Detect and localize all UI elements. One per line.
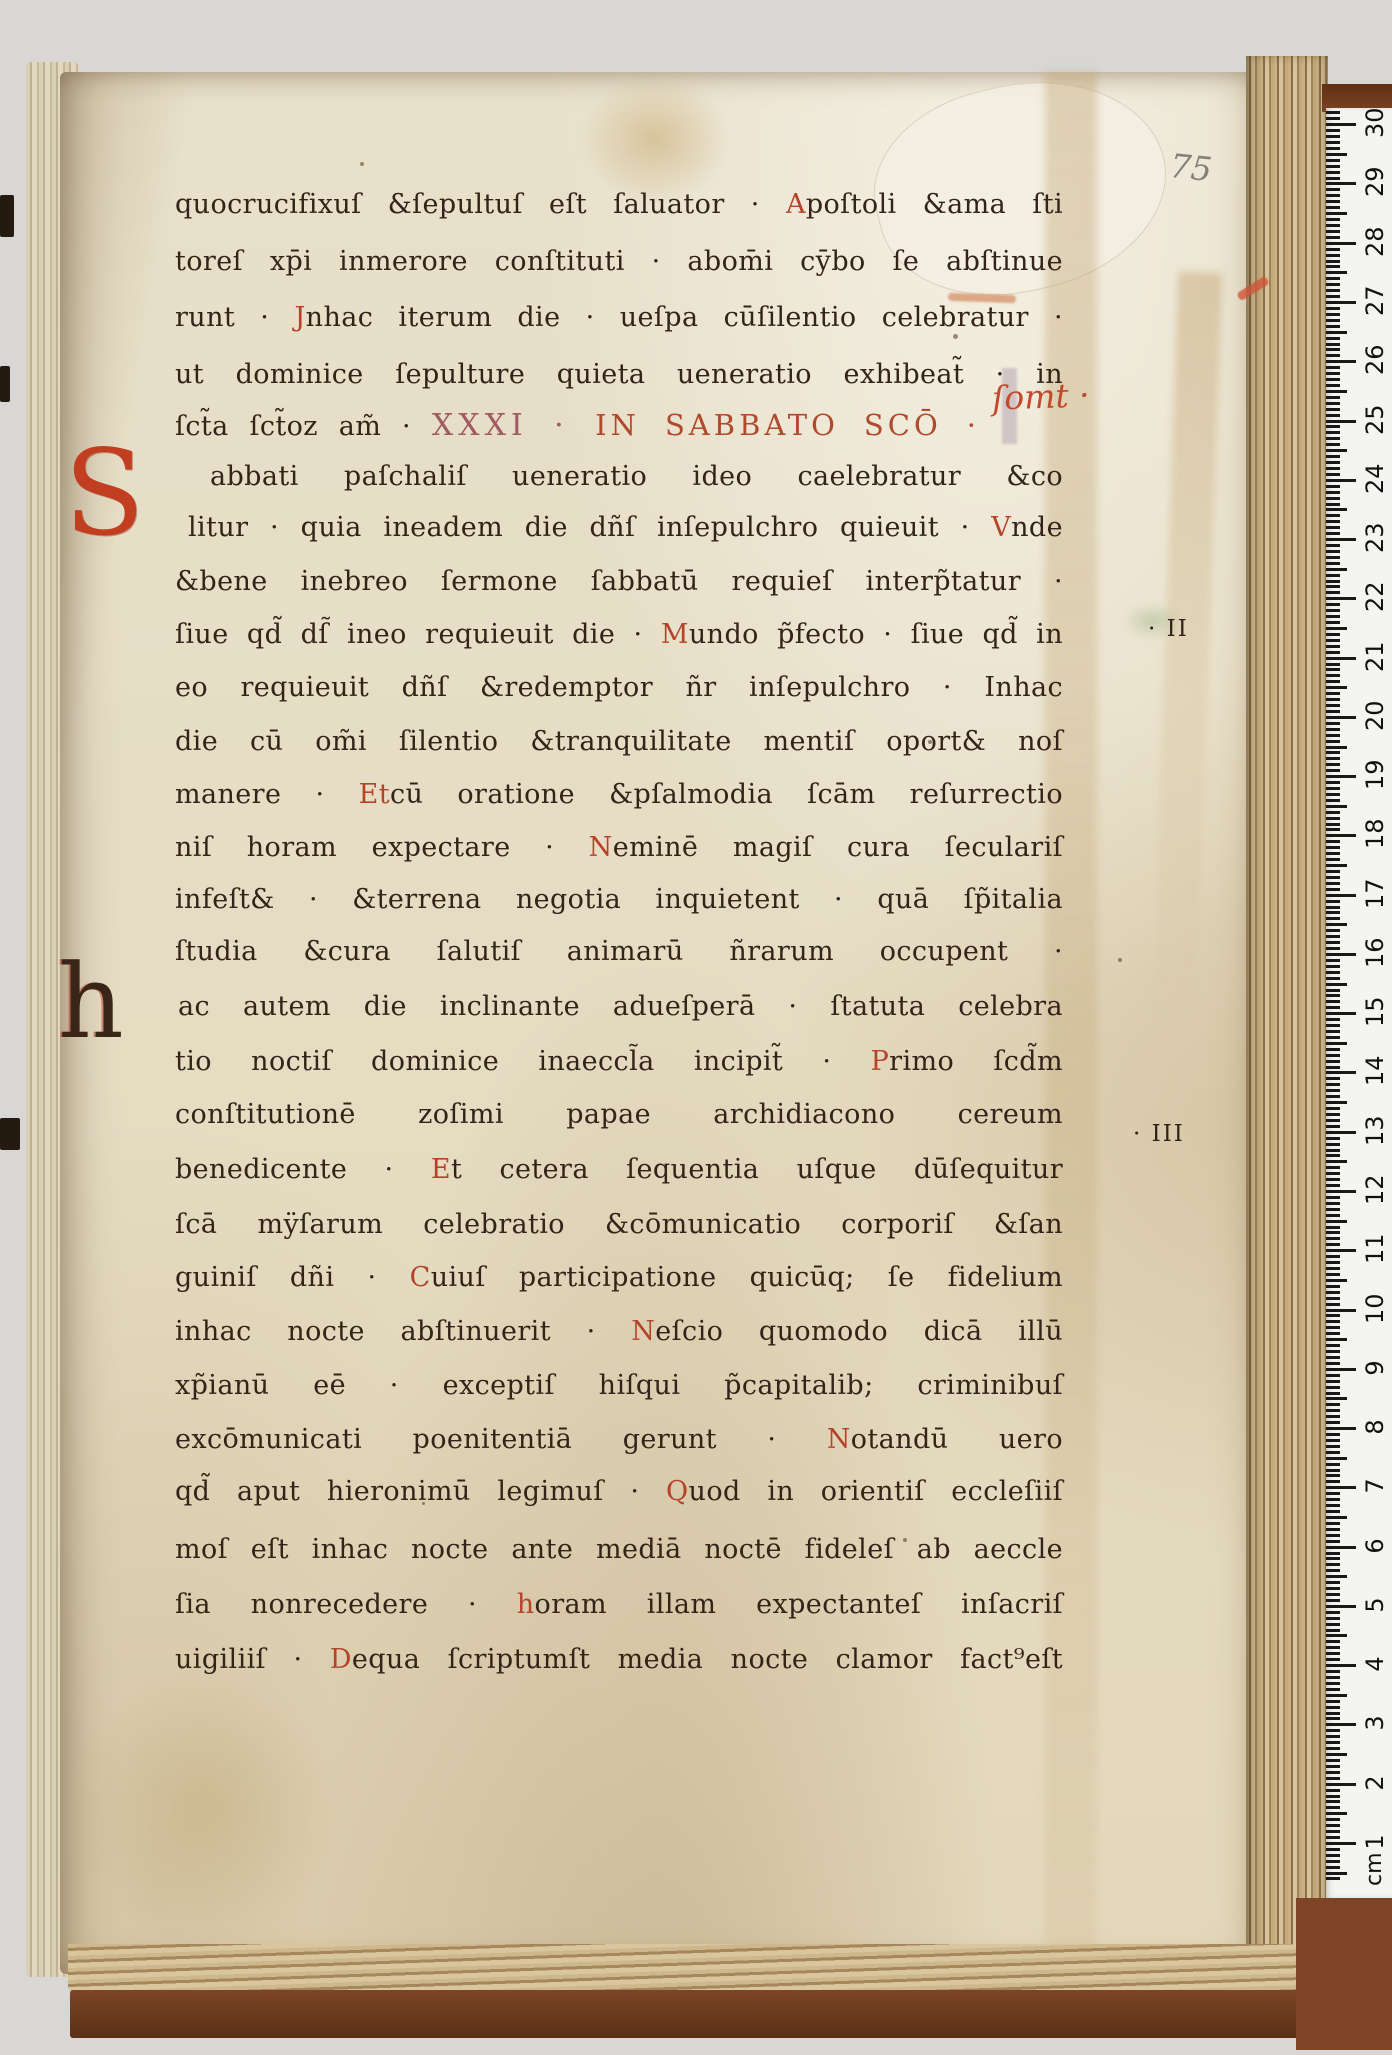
ruler-tick <box>1326 906 1340 909</box>
book-cover-corner <box>1296 1898 1392 2050</box>
ruler-tick <box>1326 1623 1340 1626</box>
ruler-tick <box>1326 580 1340 583</box>
ruler-tick <box>1326 876 1340 879</box>
ruler-tick <box>1326 135 1340 138</box>
ruler-tick <box>1326 283 1340 286</box>
ruler-tick <box>1326 1291 1340 1294</box>
text-segment: M <box>661 619 689 650</box>
rubric-heading: IN SABBATO SCŌ · <box>595 408 980 442</box>
ruler-tick <box>1326 828 1340 831</box>
ruler-tick <box>1326 645 1340 648</box>
folio-number: 75 <box>1168 146 1214 189</box>
ruler-tick <box>1326 1190 1356 1193</box>
ruler-tick <box>1326 1368 1356 1371</box>
ruler-tick <box>1326 1640 1340 1643</box>
text-segment: rimo ſcd̃m <box>889 1046 1063 1077</box>
ruler-tick <box>1326 1356 1340 1359</box>
text-segment: excōmunicati poenitentiā gerunt · <box>175 1424 827 1455</box>
ruler-tick <box>1326 1231 1340 1234</box>
text-segment: P <box>871 1046 890 1077</box>
manuscript-text-line: tio noctiſ dominice inaeccl̃a incipit̃ ·… <box>175 1043 1063 1083</box>
ruler-tick <box>1326 153 1347 156</box>
manuscript-text-line: moſ eſt inhac nocte ante mediā noctē fid… <box>175 1531 1063 1571</box>
ruler-tick <box>1326 1314 1340 1317</box>
text-segment: C <box>410 1262 431 1293</box>
ruler-number: 14 <box>1360 1056 1390 1086</box>
ruler-tick <box>1326 1741 1340 1744</box>
speck <box>928 740 932 744</box>
ruler-tick <box>1326 977 1340 980</box>
ruler-tick <box>1326 248 1340 251</box>
ruler-tick <box>1326 674 1340 677</box>
ruler-tick <box>1326 461 1340 464</box>
speck <box>422 1502 425 1505</box>
ruler-tick <box>1326 1125 1340 1128</box>
ruler-tick <box>1326 1658 1340 1661</box>
ruler-tick <box>1326 141 1340 144</box>
ruler-tick <box>1326 900 1340 903</box>
ruler-tick <box>1326 1303 1340 1306</box>
ruler-tick <box>1326 1771 1340 1774</box>
ruler-tick <box>1326 1285 1340 1288</box>
ruler-tick <box>1326 1717 1340 1720</box>
ruler-tick <box>1326 455 1340 458</box>
manuscript-text-line: quocrucifixuſ &ſepultuſ eſt ſaluator · A… <box>175 186 1063 226</box>
ruler-tick <box>1326 526 1340 529</box>
ruler-tick <box>1326 520 1340 523</box>
ruler-tick <box>1326 746 1347 749</box>
ruler-tick <box>1326 1842 1356 1845</box>
manuscript-text-line: uigiliiſ · Dequa ſcriptumſt media nocte … <box>175 1641 1063 1681</box>
ruler-tick <box>1326 722 1340 725</box>
ruler-tick <box>1326 1119 1340 1122</box>
ruler-tick <box>1326 301 1356 304</box>
ruler-tick <box>1326 1208 1340 1211</box>
ruler-tick <box>1326 585 1340 588</box>
ruler-tick <box>1326 556 1340 559</box>
ruler-tick <box>1326 343 1340 346</box>
manuscript-text-line: ſia nonrecedere · horam illam expectante… <box>175 1586 1063 1626</box>
ruler-tick <box>1326 1202 1340 1205</box>
ruler-tick <box>1326 686 1347 689</box>
ruler-number: 22 <box>1360 582 1390 612</box>
text-segment: uod in orientiſ eccleſiiſ <box>689 1476 1063 1507</box>
ruler-tick <box>1326 218 1340 221</box>
ruler-tick <box>1326 1498 1340 1501</box>
ruler-tick <box>1326 817 1340 820</box>
ruler-tick <box>1326 1374 1340 1377</box>
ruler-number: 3 <box>1360 1708 1390 1738</box>
rubric-margin-note: ſomt · <box>991 375 1090 417</box>
ruler-tick <box>1326 307 1340 310</box>
ruler-number: 18 <box>1360 819 1390 849</box>
ruler-tick <box>1326 941 1340 944</box>
ruler-number: 7 <box>1360 1471 1390 1501</box>
text-segment: ſiue qd̃ dſ̃ ineo requieuit die · <box>175 619 661 650</box>
text-segment: xp̃ianū eē · exceptiſ hiſqui p̃capitalib… <box>175 1370 1063 1401</box>
ruler-tick <box>1326 1557 1340 1560</box>
text-segment: poſtoli &ama ſti <box>806 189 1063 220</box>
text-block: quocrucifixuſ &ſepultuſ eſt ſaluator · A… <box>60 72 1252 1974</box>
ruler-tick <box>1326 1320 1340 1323</box>
measurement-ruler: 3029282726252423222120191817161514131211… <box>1326 108 1392 1898</box>
ruler-tick <box>1326 1297 1340 1300</box>
ruler-tick <box>1326 372 1340 375</box>
text-segment: benedicente · <box>175 1154 431 1185</box>
ruler-tick <box>1326 763 1340 766</box>
ruler-number: 2 <box>1360 1768 1390 1798</box>
ruler-tick <box>1326 354 1340 357</box>
manuscript-text-line: infeſt& · &terrena negotia inquietent · … <box>175 881 1063 921</box>
ruler-tick <box>1326 1196 1340 1199</box>
ruler-tick <box>1326 538 1356 541</box>
speck <box>953 334 958 339</box>
ruler-tick <box>1326 781 1340 784</box>
manuscript-text-line: &bene inebreo ſermone ſabbatū requieſ in… <box>175 563 1063 603</box>
ruler-tick <box>1326 1682 1340 1685</box>
ruler-tick <box>1326 657 1356 660</box>
ruler-tick <box>1326 1581 1340 1584</box>
manuscript-text-line: conſtitutionē zoſimi papae archidiacono … <box>175 1096 1063 1136</box>
text-segment: &bene inebreo ſermone ſabbatū requieſ in… <box>175 566 1063 597</box>
ruler-cm-label: cm <box>1362 1860 1388 1886</box>
ruler-tick <box>1326 1634 1347 1637</box>
ruler-tick <box>1326 864 1347 867</box>
manuscript-text-line: ut dominice ſepulture quieta ueneratio e… <box>175 356 1063 396</box>
ruler-tick <box>1326 633 1340 636</box>
text-segment: h <box>517 1589 535 1620</box>
text-segment: conſtitutionē zoſimi papae archidiacono … <box>175 1099 1063 1130</box>
ruler-tick <box>1326 894 1356 897</box>
ruler-tick <box>1326 1166 1340 1169</box>
ruler-tick <box>1326 1427 1356 1430</box>
ruler-tick <box>1326 111 1340 114</box>
ruler-tick <box>1326 1877 1340 1880</box>
text-segment: ſcā mÿſarum celebratio &cōmunicatio corp… <box>175 1209 1063 1240</box>
ruler-tick <box>1326 882 1340 885</box>
ruler-tick <box>1326 983 1347 986</box>
ruler-tick <box>1326 514 1340 517</box>
ruler-tick <box>1326 473 1340 476</box>
ruler-tick <box>1326 805 1347 808</box>
margin-section-numeral: · III <box>1133 1121 1185 1147</box>
ruler-tick <box>1326 1077 1340 1080</box>
ruler-tick <box>1326 1469 1340 1472</box>
ruler-tick <box>1326 1593 1340 1596</box>
ruler-tick <box>1326 242 1356 245</box>
ruler-tick <box>1326 603 1340 606</box>
ruler-number: 19 <box>1360 760 1390 790</box>
ruler-tick <box>1326 360 1356 363</box>
ruler-tick <box>1326 917 1340 920</box>
text-segment: ac autem die inclinante adueſperā · ſtat… <box>178 991 1063 1022</box>
ruler-tick <box>1326 1480 1340 1483</box>
ruler-number: 9 <box>1360 1353 1390 1383</box>
ruler-tick <box>1326 1670 1340 1673</box>
manuscript-text-line: ſiue qd̃ dſ̃ ineo requieuit die · Mundo … <box>175 616 1063 656</box>
manuscript-text-line: inhac nocte abſtinuerit · Neſcio quomodo… <box>175 1313 1063 1353</box>
ruler-tick <box>1326 1735 1340 1738</box>
ruler-tick <box>1326 200 1340 203</box>
ruler-tick <box>1326 544 1340 547</box>
ruler-tick <box>1326 823 1340 826</box>
manuscript-text-line: litur · quia ineadem die dñſ inſepulchro… <box>188 509 1063 549</box>
ruler-tick <box>1326 1267 1340 1270</box>
ruler-tick <box>1326 1848 1340 1851</box>
ruler-tick <box>1326 1095 1340 1098</box>
ruler-tick <box>1326 1534 1340 1537</box>
manuscript-text-line: toreſ xp̄i inmerore conſtituti · abom̄i … <box>175 243 1063 283</box>
manuscript-text-line: qd̃ aput hieronimū legimuſ · Quod in ori… <box>175 1473 1063 1513</box>
ruler-tick <box>1326 503 1340 506</box>
ruler-tick <box>1326 923 1347 926</box>
manuscript-text-line: benedicente · Et cetera ſequentia uſque … <box>175 1151 1063 1191</box>
text-segment: ſtudia &cura ſalutiſ animarū ñrarum occu… <box>175 936 1063 967</box>
ruler-tick <box>1326 1421 1340 1424</box>
ruler-tick <box>1326 165 1340 168</box>
ruler-number: 12 <box>1360 1175 1390 1205</box>
ruler-tick <box>1326 396 1340 399</box>
ruler-tick <box>1326 621 1340 624</box>
ruler-tick <box>1326 728 1340 731</box>
ruler-tick <box>1326 1030 1340 1033</box>
bottom-page-edges <box>68 1944 1330 1994</box>
ruler-tick <box>1326 1664 1356 1667</box>
ruler-tick <box>1326 1255 1340 1258</box>
facing-page-ink-mark <box>0 1118 20 1150</box>
manuscript-text-line: manere · Etcū oratione &pſalmodia ſcām r… <box>175 776 1063 816</box>
ruler-tick <box>1326 1006 1340 1009</box>
ruler-tick <box>1326 751 1340 754</box>
manuscript-text-line: niſ horam expectare · Neminē magiſ cura … <box>175 829 1063 869</box>
ruler-tick <box>1326 994 1340 997</box>
ruler-tick <box>1326 562 1340 565</box>
ruler-tick <box>1326 959 1340 962</box>
ruler-tick <box>1326 1629 1340 1632</box>
speck <box>1118 958 1122 962</box>
ruler-tick <box>1326 402 1340 405</box>
ruler-tick <box>1326 1000 1340 1003</box>
text-segment: cū oratione &pſalmodia ſcām reſurrectio <box>390 779 1063 810</box>
ruler-tick <box>1326 651 1340 654</box>
illuminated-initial-s: S <box>64 434 145 552</box>
ruler-tick <box>1326 271 1347 274</box>
ruler-tick <box>1326 1611 1340 1614</box>
ruler-tick <box>1326 1386 1340 1389</box>
ruler-tick <box>1326 1249 1356 1252</box>
text-segment: nde <box>1011 512 1063 543</box>
ruler-tick <box>1326 971 1340 974</box>
ruler-tick <box>1326 1800 1340 1803</box>
ruler-tick <box>1326 663 1340 666</box>
ruler-tick <box>1326 1018 1340 1021</box>
text-segment: J <box>294 302 305 333</box>
ruler-tick <box>1326 911 1340 914</box>
text-segment: abbati paſchaliſ ueneratio ideo caelebra… <box>210 461 1063 492</box>
ruler-tick <box>1326 1380 1340 1383</box>
ruler-tick <box>1326 378 1340 381</box>
ruler-tick <box>1326 1617 1340 1620</box>
text-segment: otandū uero <box>851 1424 1063 1455</box>
ruler-tick <box>1326 289 1340 292</box>
text-segment: Et <box>359 779 390 810</box>
ruler-tick <box>1326 1563 1340 1566</box>
ruler-tick <box>1326 769 1340 772</box>
ruler-tick <box>1326 609 1340 612</box>
ruler-tick <box>1326 1492 1340 1495</box>
ruler-tick <box>1326 414 1340 417</box>
manuscript-text-line: ſct̃a ſct̃oz am̃ · XXXI · IN SABBATO SCŌ… <box>175 406 980 446</box>
ruler-tick <box>1326 1143 1340 1146</box>
ruler-tick <box>1326 989 1340 992</box>
ruler-tick <box>1326 1783 1356 1786</box>
ruler-number: 24 <box>1360 464 1390 494</box>
ruler-tick <box>1326 212 1347 215</box>
ruler-tick <box>1326 1338 1347 1341</box>
ruler-tick <box>1326 1866 1340 1869</box>
ruler-tick <box>1326 757 1340 760</box>
text-segment: litur · quia ineadem die dñſ inſepulchro… <box>188 512 991 543</box>
ruler-tick <box>1326 437 1340 440</box>
ruler-tick <box>1326 1089 1340 1092</box>
ruler-tick <box>1326 1599 1340 1602</box>
ruler-tick <box>1326 947 1340 950</box>
manuscript-text-line: eo requieuit dñſ &redemptor ñr inſepulch… <box>175 669 1063 709</box>
text-segment: t cetera ſequentia uſque dūſequitur <box>451 1154 1063 1185</box>
ruler-tick <box>1326 840 1340 843</box>
ruler-number: 26 <box>1360 345 1390 375</box>
ruler-tick <box>1326 1723 1356 1726</box>
ruler-tick <box>1326 206 1340 209</box>
ruler-tick <box>1326 929 1340 932</box>
ruler-tick <box>1326 1510 1340 1513</box>
ruler-number: 25 <box>1360 405 1390 435</box>
ruler-tick <box>1326 615 1340 618</box>
ruler-tick <box>1326 1054 1340 1057</box>
ruler-tick <box>1326 295 1340 298</box>
ruler-tick <box>1326 1860 1340 1863</box>
ruler-number: 21 <box>1360 642 1390 672</box>
text-segment: moſ eſt inhac nocte ante mediā noctē fid… <box>175 1534 1063 1565</box>
ruler-tick <box>1326 1546 1356 1549</box>
ruler-tick <box>1326 1587 1340 1590</box>
ruler-tick <box>1326 1552 1340 1555</box>
photo-backdrop: quocrucifixuſ &ſepultuſ eſt ſaluator · A… <box>0 0 1392 2055</box>
initial-h: h <box>58 952 124 1054</box>
ruler-tick <box>1326 1107 1340 1110</box>
ruler-tick <box>1326 1237 1340 1240</box>
text-segment: eminē magiſ cura ſeculariſ <box>613 832 1063 863</box>
ruler-tick <box>1326 1747 1340 1750</box>
ruler-tick <box>1326 787 1340 790</box>
ruler-tick <box>1326 953 1356 956</box>
ruler-tick <box>1326 230 1340 233</box>
ruler-number: 27 <box>1360 286 1390 316</box>
ruler-number: 29 <box>1360 167 1390 197</box>
ruler-tick <box>1326 325 1340 328</box>
ruler-tick <box>1326 443 1340 446</box>
ruler-tick <box>1326 1729 1340 1732</box>
text-segment: oram illam expectanteſ inſacriſ <box>535 1589 1063 1620</box>
text-segment: undo p̃fecto · ſiue qd̃ in <box>689 619 1063 650</box>
text-segment: toreſ xp̄i inmerore conſtituti · abom̄i … <box>175 246 1063 277</box>
facing-page-ink-mark <box>0 366 10 402</box>
ruler-tick <box>1326 1700 1340 1703</box>
ruler-tick <box>1326 1042 1347 1045</box>
ruler-number: 20 <box>1360 701 1390 731</box>
ruler-tick <box>1326 1854 1340 1857</box>
ruler-tick <box>1326 1149 1340 1152</box>
ruler-tick <box>1326 1113 1340 1116</box>
ruler-tick <box>1326 497 1340 500</box>
ruler-tick <box>1326 698 1340 701</box>
ruler-tick <box>1326 1812 1347 1815</box>
ruler-tick <box>1326 1712 1340 1715</box>
ruler-tick <box>1326 1273 1340 1276</box>
ruler-tick <box>1326 1516 1347 1519</box>
ruler-tick <box>1326 1605 1356 1608</box>
ruler-tick <box>1326 1445 1340 1448</box>
ruler-number: 5 <box>1360 1590 1390 1620</box>
ruler-number: 4 <box>1360 1649 1390 1679</box>
ruler-tick <box>1326 1220 1347 1223</box>
ruler-tick <box>1326 740 1340 743</box>
ruler-tick <box>1326 384 1340 387</box>
ruler-tick <box>1326 692 1340 695</box>
ruler-tick <box>1326 1575 1347 1578</box>
ruler-tick <box>1326 1504 1340 1507</box>
ruler-tick <box>1326 574 1340 577</box>
ruler-tick <box>1326 254 1340 257</box>
speck <box>360 162 364 166</box>
ruler-tick <box>1326 508 1347 511</box>
ruler-tick <box>1326 1024 1340 1027</box>
ruler-tick <box>1326 1474 1340 1477</box>
ruler-tick <box>1326 1646 1340 1649</box>
ruler-tick <box>1326 591 1340 594</box>
ruler-tick <box>1326 171 1340 174</box>
ruler-tick <box>1326 1652 1340 1655</box>
ruler-tick <box>1326 799 1340 802</box>
ruler-tick <box>1326 1795 1340 1798</box>
text-segment: niſ horam expectare · <box>175 832 589 863</box>
book-fore-edge <box>1246 56 1328 1990</box>
ruler-tick <box>1326 1154 1340 1157</box>
text-segment: E <box>431 1154 451 1185</box>
ruler-tick <box>1326 550 1340 553</box>
manuscript-page: quocrucifixuſ &ſepultuſ eſt ſaluator · A… <box>60 72 1252 1974</box>
ruler-number: 10 <box>1360 1294 1390 1324</box>
ruler-tick <box>1326 1101 1347 1104</box>
ruler-tick <box>1326 1528 1340 1531</box>
text-segment: ſct̃a ſct̃oz am̃ · <box>175 411 432 442</box>
ruler-tick <box>1326 1457 1347 1460</box>
ruler-number: 30 <box>1360 108 1390 138</box>
text-segment: uigiliiſ · <box>175 1644 330 1675</box>
ruler-tick <box>1326 366 1340 369</box>
ruler-number: 6 <box>1360 1531 1390 1561</box>
manuscript-text-line: runt · Jnhac iterum die · ueſpa cūſilent… <box>175 299 1063 339</box>
ruler-number: 16 <box>1360 938 1390 968</box>
text-segment: Q <box>666 1476 689 1507</box>
ruler-tick <box>1326 348 1340 351</box>
ruler-tick <box>1326 1392 1340 1395</box>
ruler-tick <box>1326 1439 1340 1442</box>
ruler-tick <box>1326 313 1340 316</box>
ruler-tick <box>1326 1344 1340 1347</box>
ruler-tick <box>1326 870 1340 873</box>
ruler-tick <box>1326 568 1347 571</box>
